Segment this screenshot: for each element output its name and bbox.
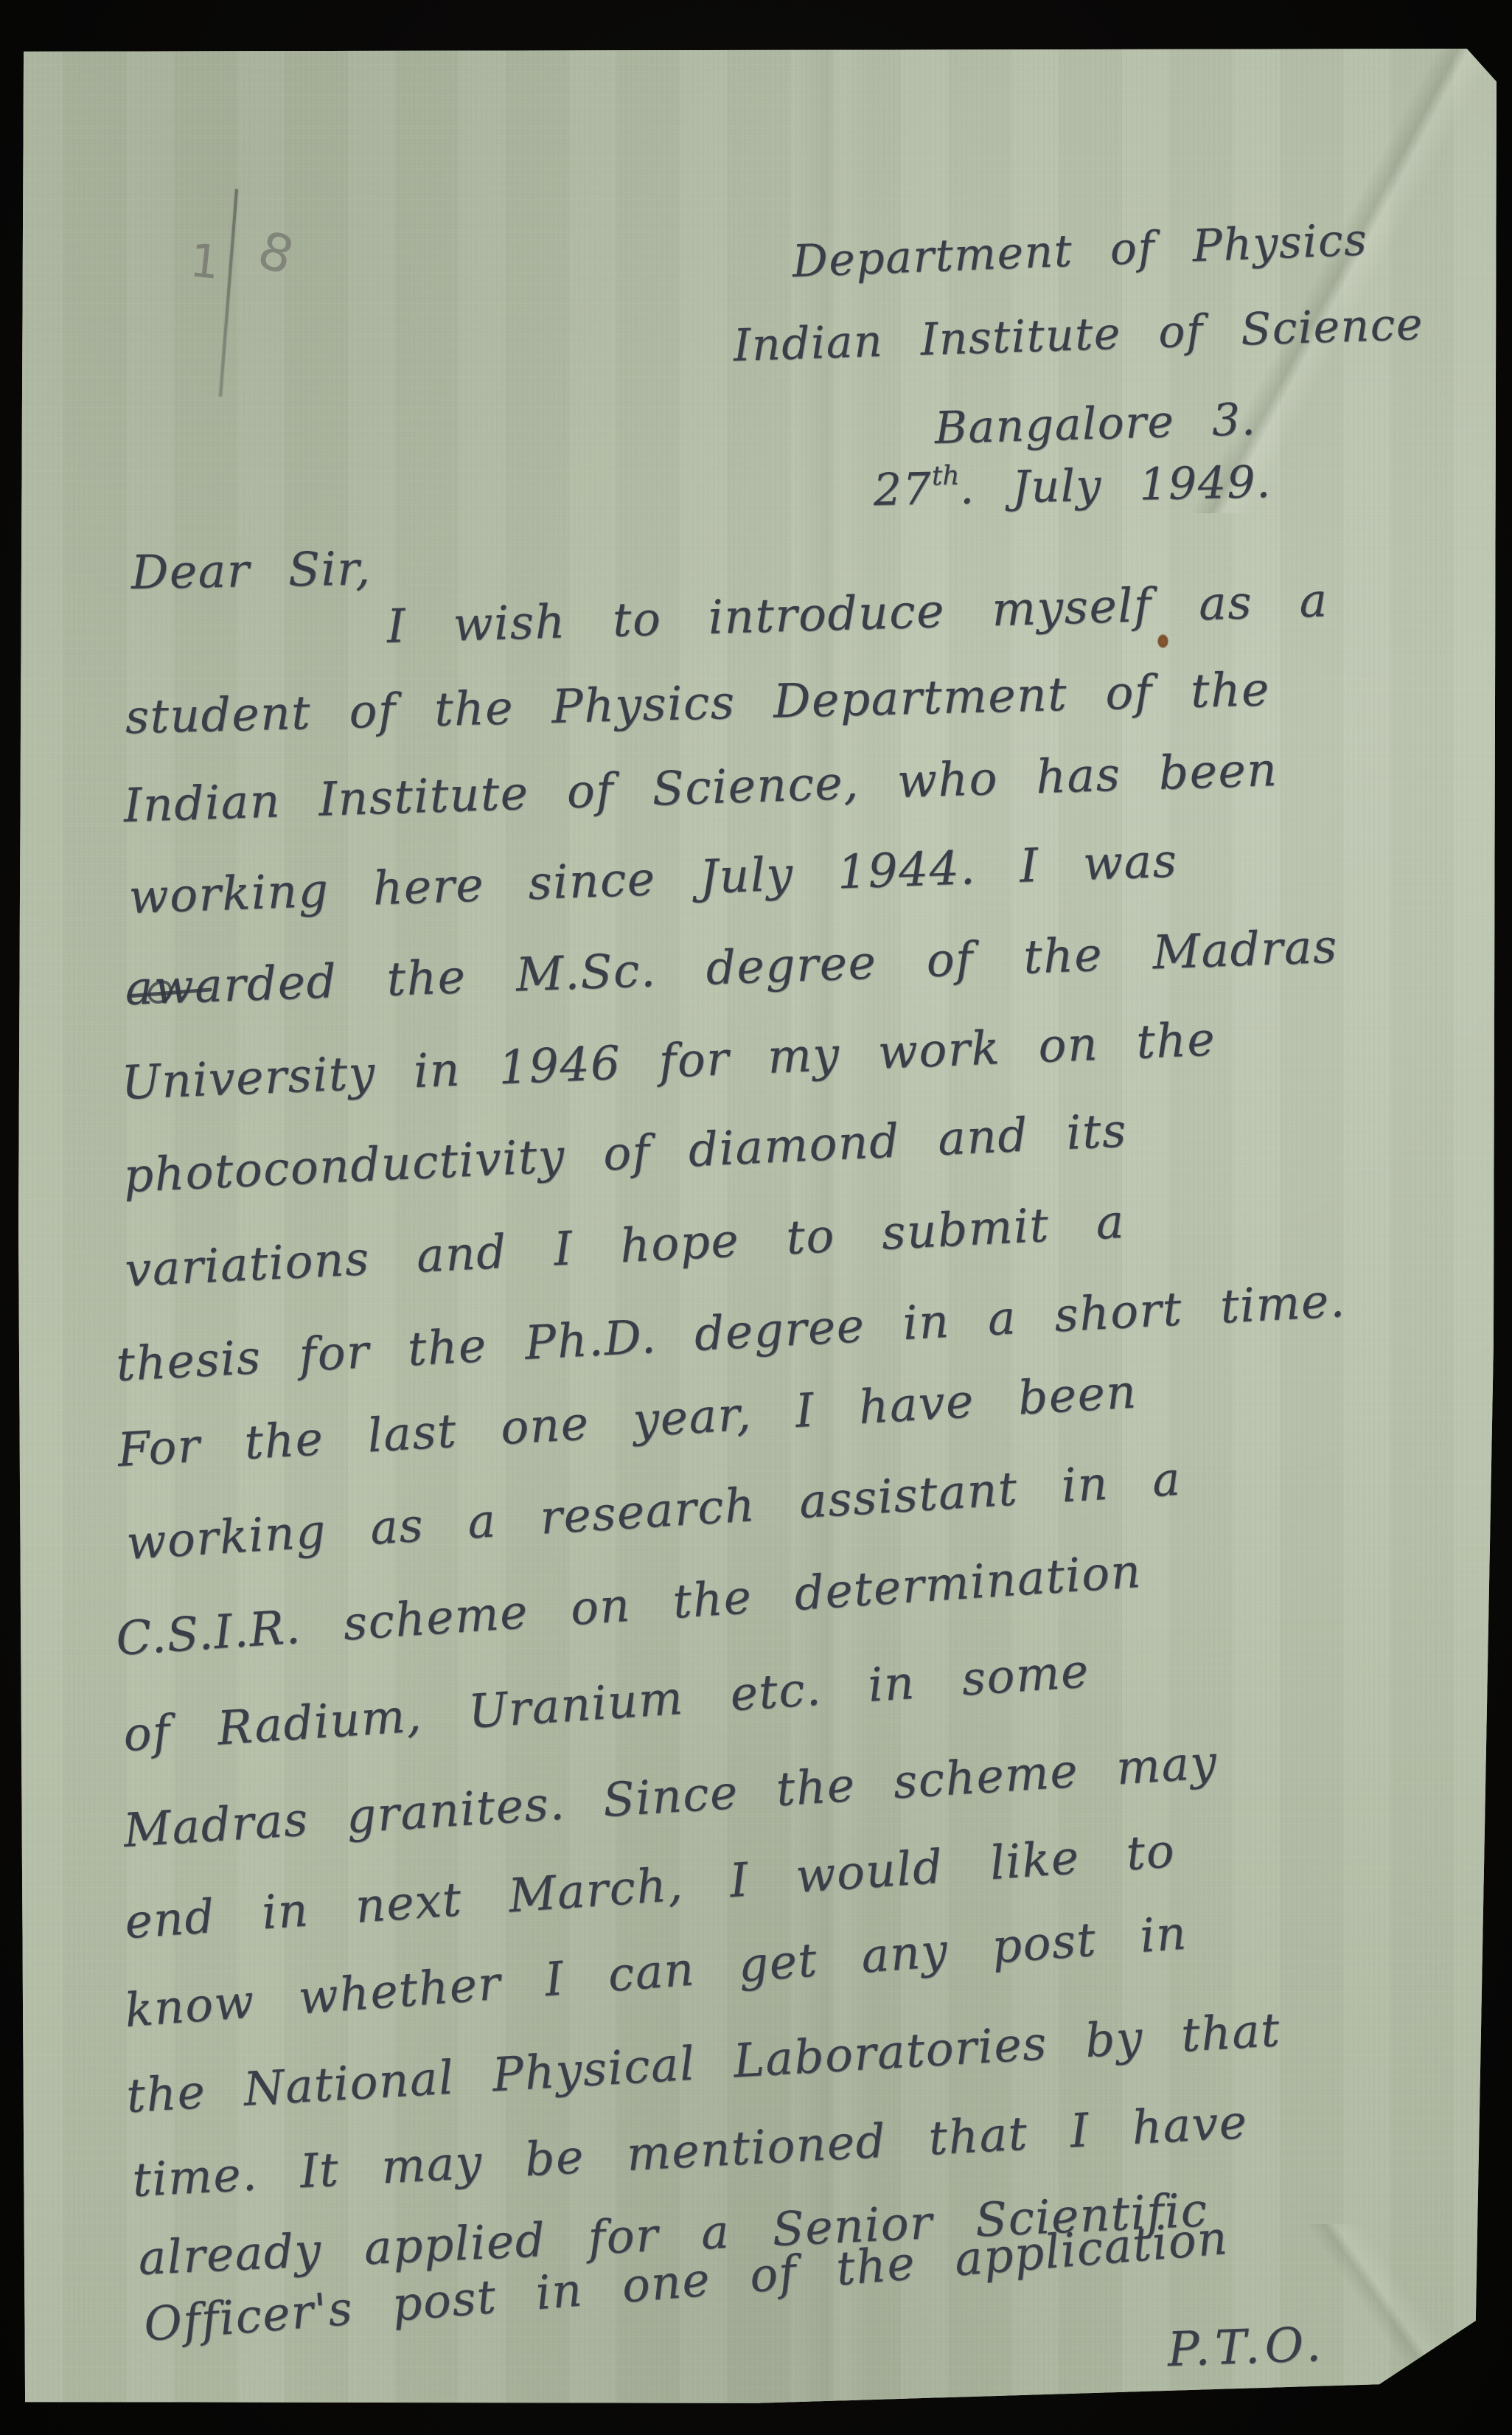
letterhead-city: Bangalore 3.	[934, 395, 1257, 454]
handwritten-line: Indian Institute of Science, who has bee…	[123, 744, 1279, 833]
handwritten-line: C.S.I.R. scheme on the determination	[114, 1546, 1143, 1666]
salutation: Dear Sir,	[130, 543, 372, 599]
handwritten-line: of Radium, Uranium etc. in some	[122, 1645, 1091, 1761]
archival-mark-denominator: 8	[251, 219, 301, 287]
date-day: 27	[873, 463, 933, 516]
handwritten-line: awarded the M.Sc. degree of the Madras	[125, 921, 1339, 1015]
letterhead-date: 27th. July 1949.	[873, 455, 1272, 515]
date-rest: . July 1949.	[959, 456, 1272, 515]
handwritten-line-text: awarded the M.Sc. degree of the Madras	[124, 920, 1338, 1015]
handwritten-line: University in 1946 for my work on the	[120, 1013, 1216, 1109]
handwritten-line: variations and I hope to submit a	[124, 1196, 1126, 1297]
handwritten-line: student of the Physics Department of the	[125, 664, 1271, 743]
handwritten-line: thesis for the Ph.D. degree in a short t…	[115, 1275, 1347, 1392]
archival-mark-numerator: 1	[187, 233, 222, 290]
date-ordinal: th	[931, 461, 960, 492]
handwritten-line: working here since July 1944. I was	[128, 835, 1179, 923]
rust-stain	[1157, 634, 1168, 648]
photo-backdrop: 1 8 Department of Physics Indian Institu…	[0, 0, 1512, 2435]
letter-paper: 1 8 Department of Physics Indian Institu…	[16, 49, 1499, 2406]
pto-mark: P.T.O.	[1166, 2319, 1326, 2377]
handwritten-line: photoconductivity of diamond and its	[122, 1105, 1128, 1202]
archival-mark-slash	[219, 189, 238, 396]
